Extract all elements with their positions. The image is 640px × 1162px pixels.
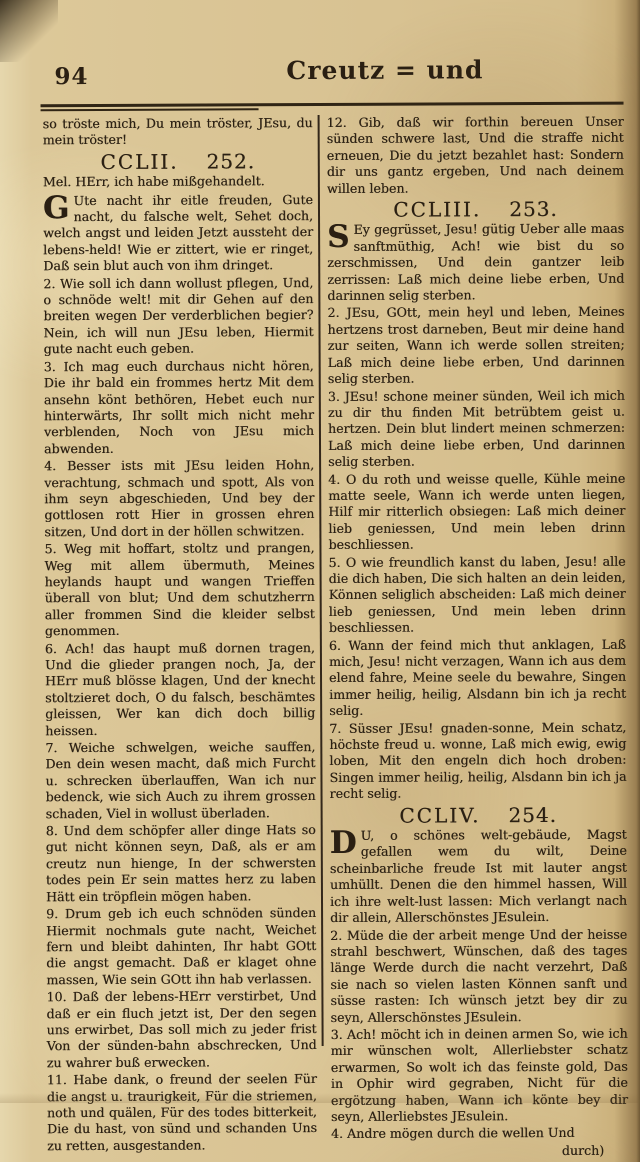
header-rule-secondary	[41, 108, 259, 111]
page-content: 94 Creutz = und so tröste mich, Du mein …	[0, 0, 640, 1103]
text-columns: so tröste mich, Du mein tröster, JEsu, d…	[43, 114, 629, 1103]
hymn-254-roman-numeral: CCLIV.	[399, 803, 480, 827]
hymn-heading-254: CCLIV.254.	[330, 806, 627, 824]
drop-cap-initial: G	[43, 195, 70, 221]
page-header: 94 Creutz = und	[0, 55, 638, 100]
hymn-heading-252: CCLII.252.	[43, 153, 313, 171]
hymn-253-roman-numeral: CCLIII.	[393, 197, 481, 221]
hymn-254-stanza-2: 2. Müde die der arbeit menge Und der hei…	[330, 926, 627, 1026]
header-rule	[41, 102, 624, 107]
hymn-252-stanza-3: 3. Ich mag euch durchaus nicht hören, Di…	[44, 358, 314, 458]
scan-bottom-edge-shadow	[0, 1093, 640, 1103]
hymn-253-arabic-numeral: 253.	[509, 197, 558, 221]
hymn-254-stanza-3: 3. Ach! möcht ich in deinen armen So, wi…	[331, 1026, 628, 1103]
hymn-253-stanza-1: SEy gegrüsset, Jesu! gütig Ueber alle ma…	[327, 221, 624, 304]
left-column: so tröste mich, Du mein tröster, JEsu, d…	[43, 115, 323, 1103]
running-header: Creutz = und	[286, 55, 483, 85]
stanza-text: Ute nacht ihr eitle freuden, Gute nacht,…	[43, 192, 313, 274]
drop-cap-initial: D	[330, 830, 357, 856]
hymn-253-stanza-6: 6. Wann der feind mich thut anklagen, La…	[329, 636, 626, 719]
hymn-252-roman-numeral: CCLII.	[100, 149, 178, 173]
stanza-text: Ey gegrüsset, Jesu! gütig Ueber alle maa…	[327, 221, 624, 303]
hymn-251-stanza-12: 12. Gib, daß wir forthin bereuen Unser s…	[327, 114, 624, 197]
page-number: 94	[54, 63, 88, 90]
melody-line-252: Mel. HErr, ich habe mißgehandelt.	[43, 173, 313, 191]
hymn-253-stanza-4: 4. O du roth und weisse quelle, Kühle me…	[328, 470, 625, 553]
hymn-252-stanza-6: 6. Ach! das haupt muß dornen tragen, Und…	[45, 640, 315, 740]
hymn-252-stanza-5: 5. Weg mit hoffart, stoltz und prangen, …	[44, 540, 314, 640]
hymn-252-stanza-1: GUte nacht ihr eitle freuden, Gute nacht…	[43, 192, 313, 275]
hymn-heading-253: CCLIII.253.	[327, 201, 624, 219]
hymn-254-stanza-1: DU, o schönes welt-gebäude, Magst gefall…	[330, 827, 627, 927]
hymn-252-stanza-4: 4. Besser ists mit JEsu leiden Hohn, ver…	[44, 457, 314, 540]
hymn-254-arabic-numeral: 254.	[508, 803, 557, 827]
hymn-252-stanza-7: 7. Weiche schwelgen, weiche sauffen, Den…	[45, 739, 315, 822]
hymn-253-stanza-7: 7. Süsser JEsu! gnaden-sonne, Mein schat…	[329, 719, 626, 802]
right-column: 12. Gib, daß wir forthin bereuen Unser s…	[325, 114, 629, 1103]
continuation-text: so tröste mich, Du mein tröster, JEsu, d…	[43, 115, 313, 149]
hymn-253-stanza-3: 3. JEsu! schone meiner sünden, Weil ich …	[328, 387, 625, 470]
hymn-252-stanza-10: 10. Daß der lebens-HErr verstirbet, Und …	[46, 988, 316, 1071]
hymn-252-stanza-8: 8. Und dem schöpfer aller dinge Hats so …	[46, 822, 316, 905]
hymn-253-stanza-2: 2. JEsu, GOtt, mein heyl und leben, Mein…	[327, 304, 624, 387]
hymn-253-stanza-5: 5. O wie freundlich kanst du laben, Jesu…	[328, 553, 625, 636]
drop-cap-initial: S	[327, 224, 350, 250]
book-page-scan: 94 Creutz = und so tröste mich, Du mein …	[0, 0, 640, 1103]
hymn-252-stanza-2: 2. Wie soll ich dann wollust pflegen, Un…	[43, 275, 313, 358]
hymn-252-stanza-9: 9. Drum geb ich euch schnöden sünden Hie…	[46, 905, 316, 988]
hymn-252-arabic-numeral: 252.	[206, 149, 255, 173]
stanza-text: U, o schönes welt-gebäude, Magst gefalle…	[330, 827, 627, 925]
